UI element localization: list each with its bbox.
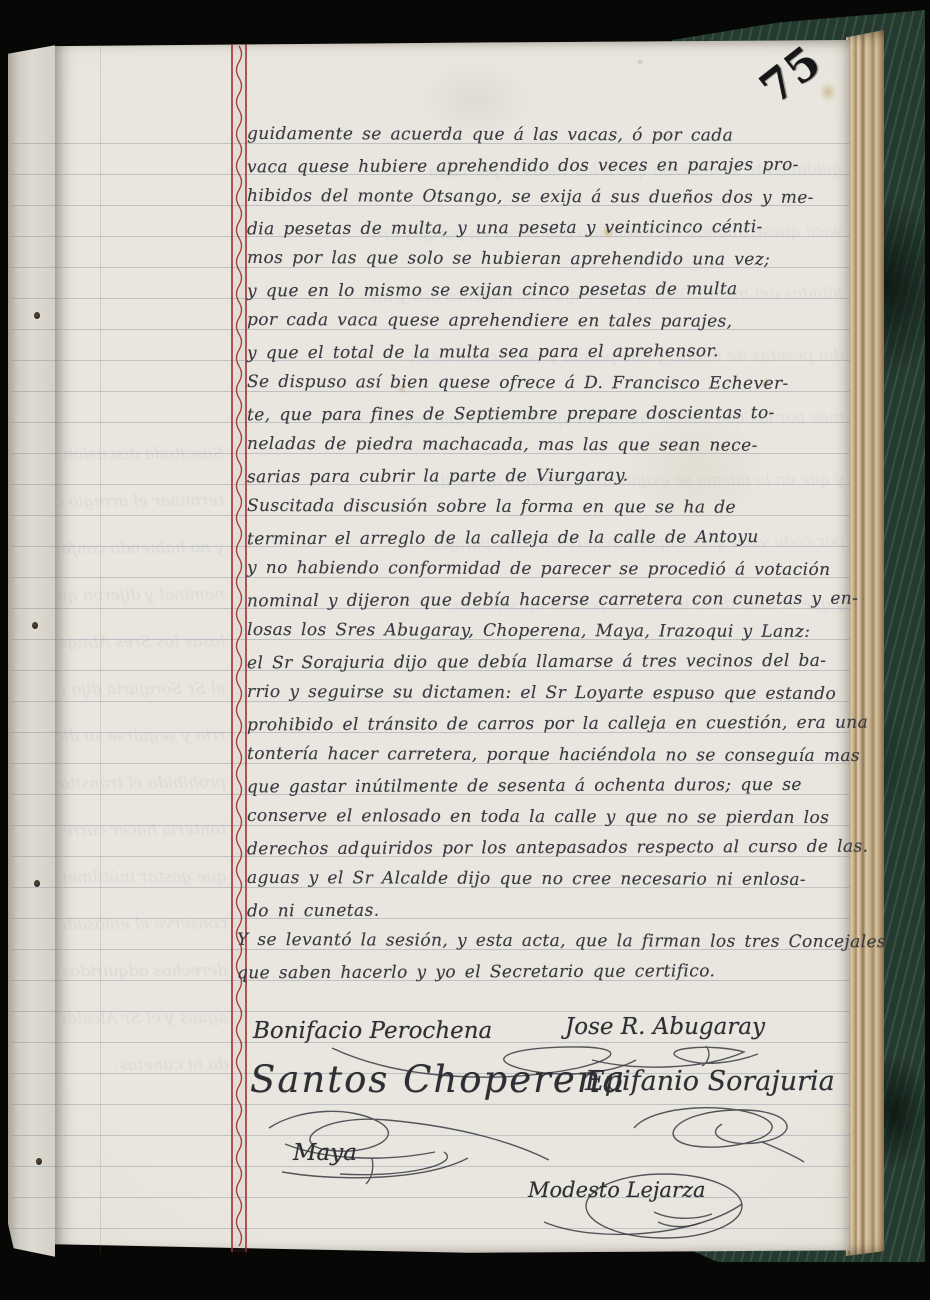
signature: Maya	[293, 1140, 357, 1166]
signature: Bonifacio Perochena	[253, 1018, 492, 1044]
manuscript-line: derechos adquiridos por los antepasados …	[247, 832, 853, 866]
manuscript-text: guidamente se acuerda que á las vacas, ó…	[247, 120, 853, 988]
manuscript-line: y no habiendo conformidad de parecer se …	[247, 553, 853, 586]
stitch-hole	[34, 880, 40, 887]
paragraph: Se dispuso así bien quese ofrece á D. Fr…	[247, 368, 853, 492]
manuscript-line: Y se levantó la sesión, y esta acta, que…	[237, 925, 853, 958]
gutter-page-sliver	[8, 44, 55, 1258]
manuscript-line: rrio y seguirse su dictamen: el Sr Loyar…	[247, 677, 853, 710]
manuscript-line: losas los Sres Abugaray, Choperena, Maya…	[247, 615, 853, 648]
manuscript-line: do ni cunetas.	[247, 894, 853, 928]
signature: Epifanio Sorajuria	[585, 1066, 835, 1097]
manuscript-line: conserve el enlosado en toda la calle y …	[247, 801, 853, 834]
manuscript-line: tontería hacer carretera, porque haciénd…	[247, 739, 853, 772]
manuscript-line: que gastar inútilmente de sesenta á oche…	[247, 770, 853, 804]
manuscript-line: Suscitada discusión sobre la forma en qu…	[247, 491, 853, 524]
manuscript-line: sarias para cubrir la parte de Viurgaray…	[247, 460, 853, 494]
paragraph: guidamente se acuerda que á las vacas, ó…	[247, 120, 853, 368]
manuscript-line: prohibido el tránsito de carros por la c…	[247, 708, 853, 742]
manuscript-line: hibidos del monte Otsango, se exija á su…	[247, 181, 853, 214]
manuscript-line: que saben hacerlo y yo el Secretario que…	[237, 956, 853, 990]
manuscript-line: y que el total de la multa sea para el a…	[247, 336, 853, 370]
signature: Modesto Lejarza	[528, 1178, 706, 1202]
stitch-hole	[34, 312, 40, 319]
page-crease	[100, 44, 101, 1254]
manuscript-line: Se dispuso así bien quese ofrece á D. Fr…	[247, 367, 853, 400]
stitch-hole	[36, 1158, 42, 1165]
manuscript-line: vaca quese hubiere aprehendido dos veces…	[247, 150, 853, 184]
scanned-manuscript-photo: { "document": { "page_number": "75", "pa…	[0, 0, 930, 1300]
manuscript-line: el Sr Sorajuria dijo que debía llamarse …	[247, 646, 853, 680]
manuscript-line: aguas y el Sr Alcalde dijo que no cree n…	[247, 863, 853, 896]
manuscript-line: terminar el arreglo de la calleja de la …	[247, 522, 853, 556]
manuscript-line: dia pesetas de multa, y una peseta y vei…	[247, 212, 853, 246]
paragraph: Suscitada discusión sobre la forma en qu…	[247, 492, 853, 926]
red-margin-line	[231, 44, 247, 1252]
manuscript-line: mos por las que solo se hubieran aprehen…	[247, 243, 853, 276]
manuscript-line: por cada vaca quese aprehendiere en tale…	[247, 305, 853, 338]
manuscript-line: neladas de piedra machacada, mas las que…	[247, 429, 853, 462]
stitch-hole	[32, 622, 38, 629]
signature-flourish	[612, 1096, 807, 1164]
manuscript-line: y que en lo mismo se exijan cinco peseta…	[247, 274, 853, 308]
manuscript-line: guidamente se acuerda que á las vacas, ó…	[247, 119, 853, 152]
manuscript-line: te, que para fines de Septiembre prepare…	[247, 398, 853, 432]
paragraph: Y se levantó la sesión, y esta acta, que…	[237, 926, 853, 988]
manuscript-line: nominal y dijeron que debía hacerse carr…	[247, 584, 853, 618]
signature: Santos Choperena	[250, 1058, 627, 1101]
signature: Jose R. Abugaray	[565, 1014, 765, 1040]
red-wavy-line	[233, 44, 245, 1250]
